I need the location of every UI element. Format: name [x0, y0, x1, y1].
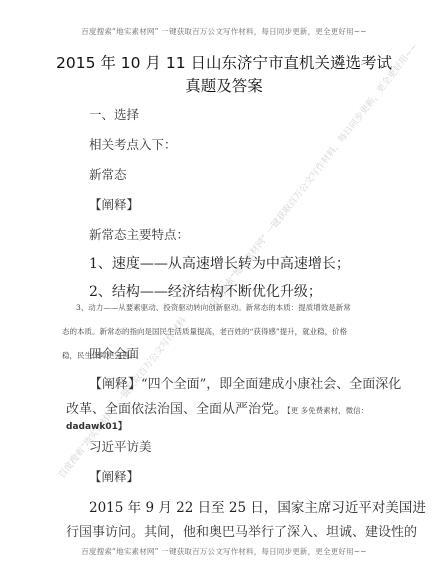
explain-text-line1: “四个全面”，即全面建成小康社会、全面深化: [141, 377, 401, 392]
explain-label-2: 【阐释】“四个全面”，即全面建成小康社会、全面深化: [89, 373, 401, 392]
page-footer-banner: 百度搜索“地实素材网” 一键获取百万公文写作材料，每日同步更新，更全更好用~~: [0, 546, 448, 557]
document-title-line1: 2015 年 10 月 11 日山东济宁市直机关遴选考试: [0, 52, 448, 75]
topic-four-comprehensives: 四个全面: [89, 344, 139, 362]
page-header-banner: 百度搜索“地实素材网” 一键获取百万公文写作材料，每日同步更新，更全更好用~~: [0, 26, 448, 37]
explain-label-3: 【阐释】: [89, 467, 139, 485]
explain-label: 【阐释】: [89, 195, 139, 213]
intro-text: 相关考点入下：: [89, 135, 177, 153]
body-line1: 2015 年 9 月 22 日至 25 日，国家主席习近平对美国进: [89, 496, 426, 516]
topic-new-normal: 新常态: [89, 165, 127, 183]
promo-note: 【更 多免费素材，微信：: [287, 406, 368, 415]
point-1: 1、速度——从高速增长转为中高速增长；: [89, 253, 350, 273]
explain-label-text: 【阐释】: [89, 377, 141, 392]
topic-xi-visit: 习近平访美: [89, 437, 152, 455]
promo-note-tail: dadawk01】: [66, 419, 127, 432]
explain-line2: 改革、全面依法治国、全面从严治党。【更 多免费素材，微信：: [66, 398, 368, 417]
explain-text-line2: 改革、全面依法治国、全面从严治党。: [66, 402, 287, 417]
point-3-line1: 3、动力——从要素驱动、投资驱动转向创新驱动。新常态的本质：提质增效是新常: [62, 296, 392, 320]
document-title-line2: 真题及答案: [0, 75, 448, 98]
point-3-line2: 态的本质。新常态的指向是国民生活质量提高，老百姓的“获得感”提升，就业稳，价格: [62, 320, 392, 344]
section-heading: 一、选择: [89, 105, 139, 123]
body-line2: 行国事访问。其间，他和奥巴马举行了深入、坦诚、建设性的: [66, 521, 417, 540]
features-label: 新常态主要特点：: [89, 225, 189, 243]
